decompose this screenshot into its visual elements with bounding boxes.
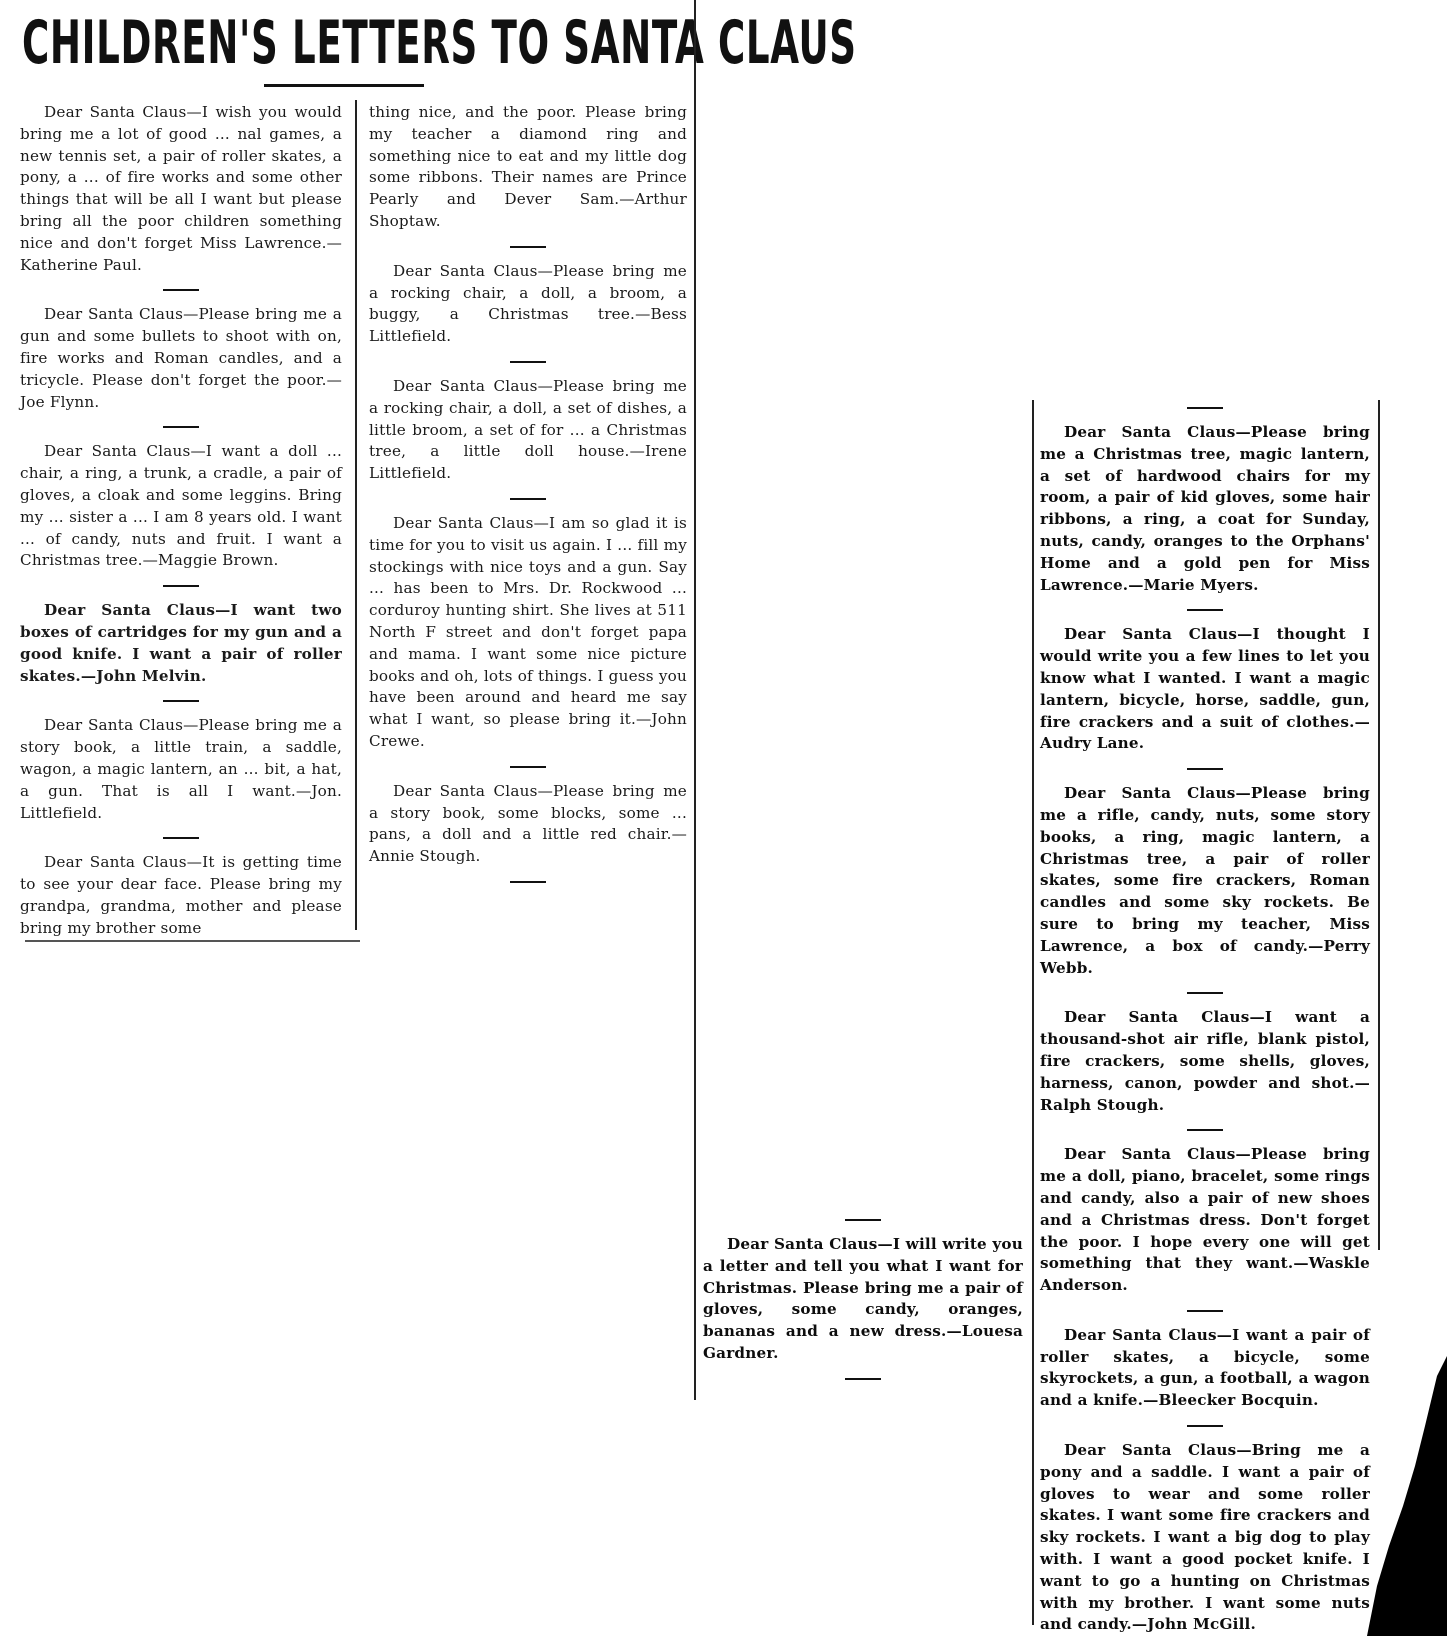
column-rule-1: [355, 100, 357, 930]
letter: Dear Santa Claus—I wish you would bring …: [20, 102, 342, 276]
letter: Dear Santa Claus—Please bring me a story…: [20, 715, 342, 824]
column-2: thing nice, and the poor. Please bring m…: [369, 102, 687, 896]
letter: Dear Santa Claus—I am so glad it is time…: [369, 513, 687, 753]
letter: Dear Santa Claus—Please bring me a Chris…: [1040, 422, 1370, 596]
column-1: Dear Santa Claus—I wish you would bring …: [20, 102, 342, 940]
letter-separator: [163, 585, 199, 587]
letter-separator: [1187, 1129, 1223, 1131]
letter: Dear Santa Claus—Please bring me a gun a…: [20, 304, 342, 413]
letter-separator: [163, 700, 199, 702]
column-rule-2: [694, 0, 696, 1400]
letter-separator: [1187, 1425, 1223, 1427]
letter-separator: [1187, 1310, 1223, 1312]
page-headline: Children's Letters to Santa Claus: [22, 8, 444, 78]
letter: Dear Santa Claus—Please bring me a rifle…: [1040, 783, 1370, 979]
letter: Dear Santa Claus—Please bring me a doll,…: [1040, 1144, 1370, 1297]
letter: Dear Santa Claus—I want a thousand-shot …: [1040, 1007, 1370, 1116]
letter-continuation: thing nice, and the poor. Please bring m…: [369, 102, 687, 233]
bottom-rule: [25, 940, 360, 942]
letter-separator: [510, 246, 546, 248]
letter-separator: [1187, 992, 1223, 994]
column-4: Dear Santa Claus—Please bring me a Chris…: [1040, 407, 1370, 1636]
letter: Dear Santa Claus—Bring me a pony and a s…: [1040, 1440, 1370, 1636]
letter: Dear Santa Claus—It is getting time to s…: [20, 852, 342, 939]
letter-separator: [510, 881, 546, 883]
letter: Dear Santa Claus—I want a pair of roller…: [1040, 1325, 1370, 1412]
column-rule-4: [1378, 400, 1380, 1250]
letter-separator: [845, 1378, 881, 1380]
torn-edge-shape: [1337, 1356, 1447, 1636]
letter-separator: [163, 289, 199, 291]
letter-separator: [163, 837, 199, 839]
column-3: Dear Santa Claus—I will write you a lett…: [703, 1219, 1023, 1393]
letter-separator: [1187, 768, 1223, 770]
letter: Dear Santa Claus—Please bring me a rocki…: [369, 261, 687, 348]
letter-separator: [1187, 609, 1223, 611]
letter: Dear Santa Claus—Please bring me a story…: [369, 781, 687, 868]
letter: Dear Santa Claus—I want two boxes of car…: [20, 600, 342, 687]
column-rule-3: [1032, 400, 1034, 1625]
letter: Dear Santa Claus—Please bring me a rocki…: [369, 376, 687, 485]
letter: Dear Santa Claus—I will write you a lett…: [703, 1234, 1023, 1365]
headline-underline: [264, 84, 424, 87]
letter-separator: [845, 1219, 881, 1221]
letter-separator: [1187, 407, 1223, 409]
letter-separator: [510, 498, 546, 500]
letter: Dear Santa Claus—I want a doll ... chair…: [20, 441, 342, 572]
letter-separator: [510, 766, 546, 768]
letter: Dear Santa Claus—I thought I would write…: [1040, 624, 1370, 755]
letter-separator: [510, 361, 546, 363]
letter-separator: [163, 426, 199, 428]
